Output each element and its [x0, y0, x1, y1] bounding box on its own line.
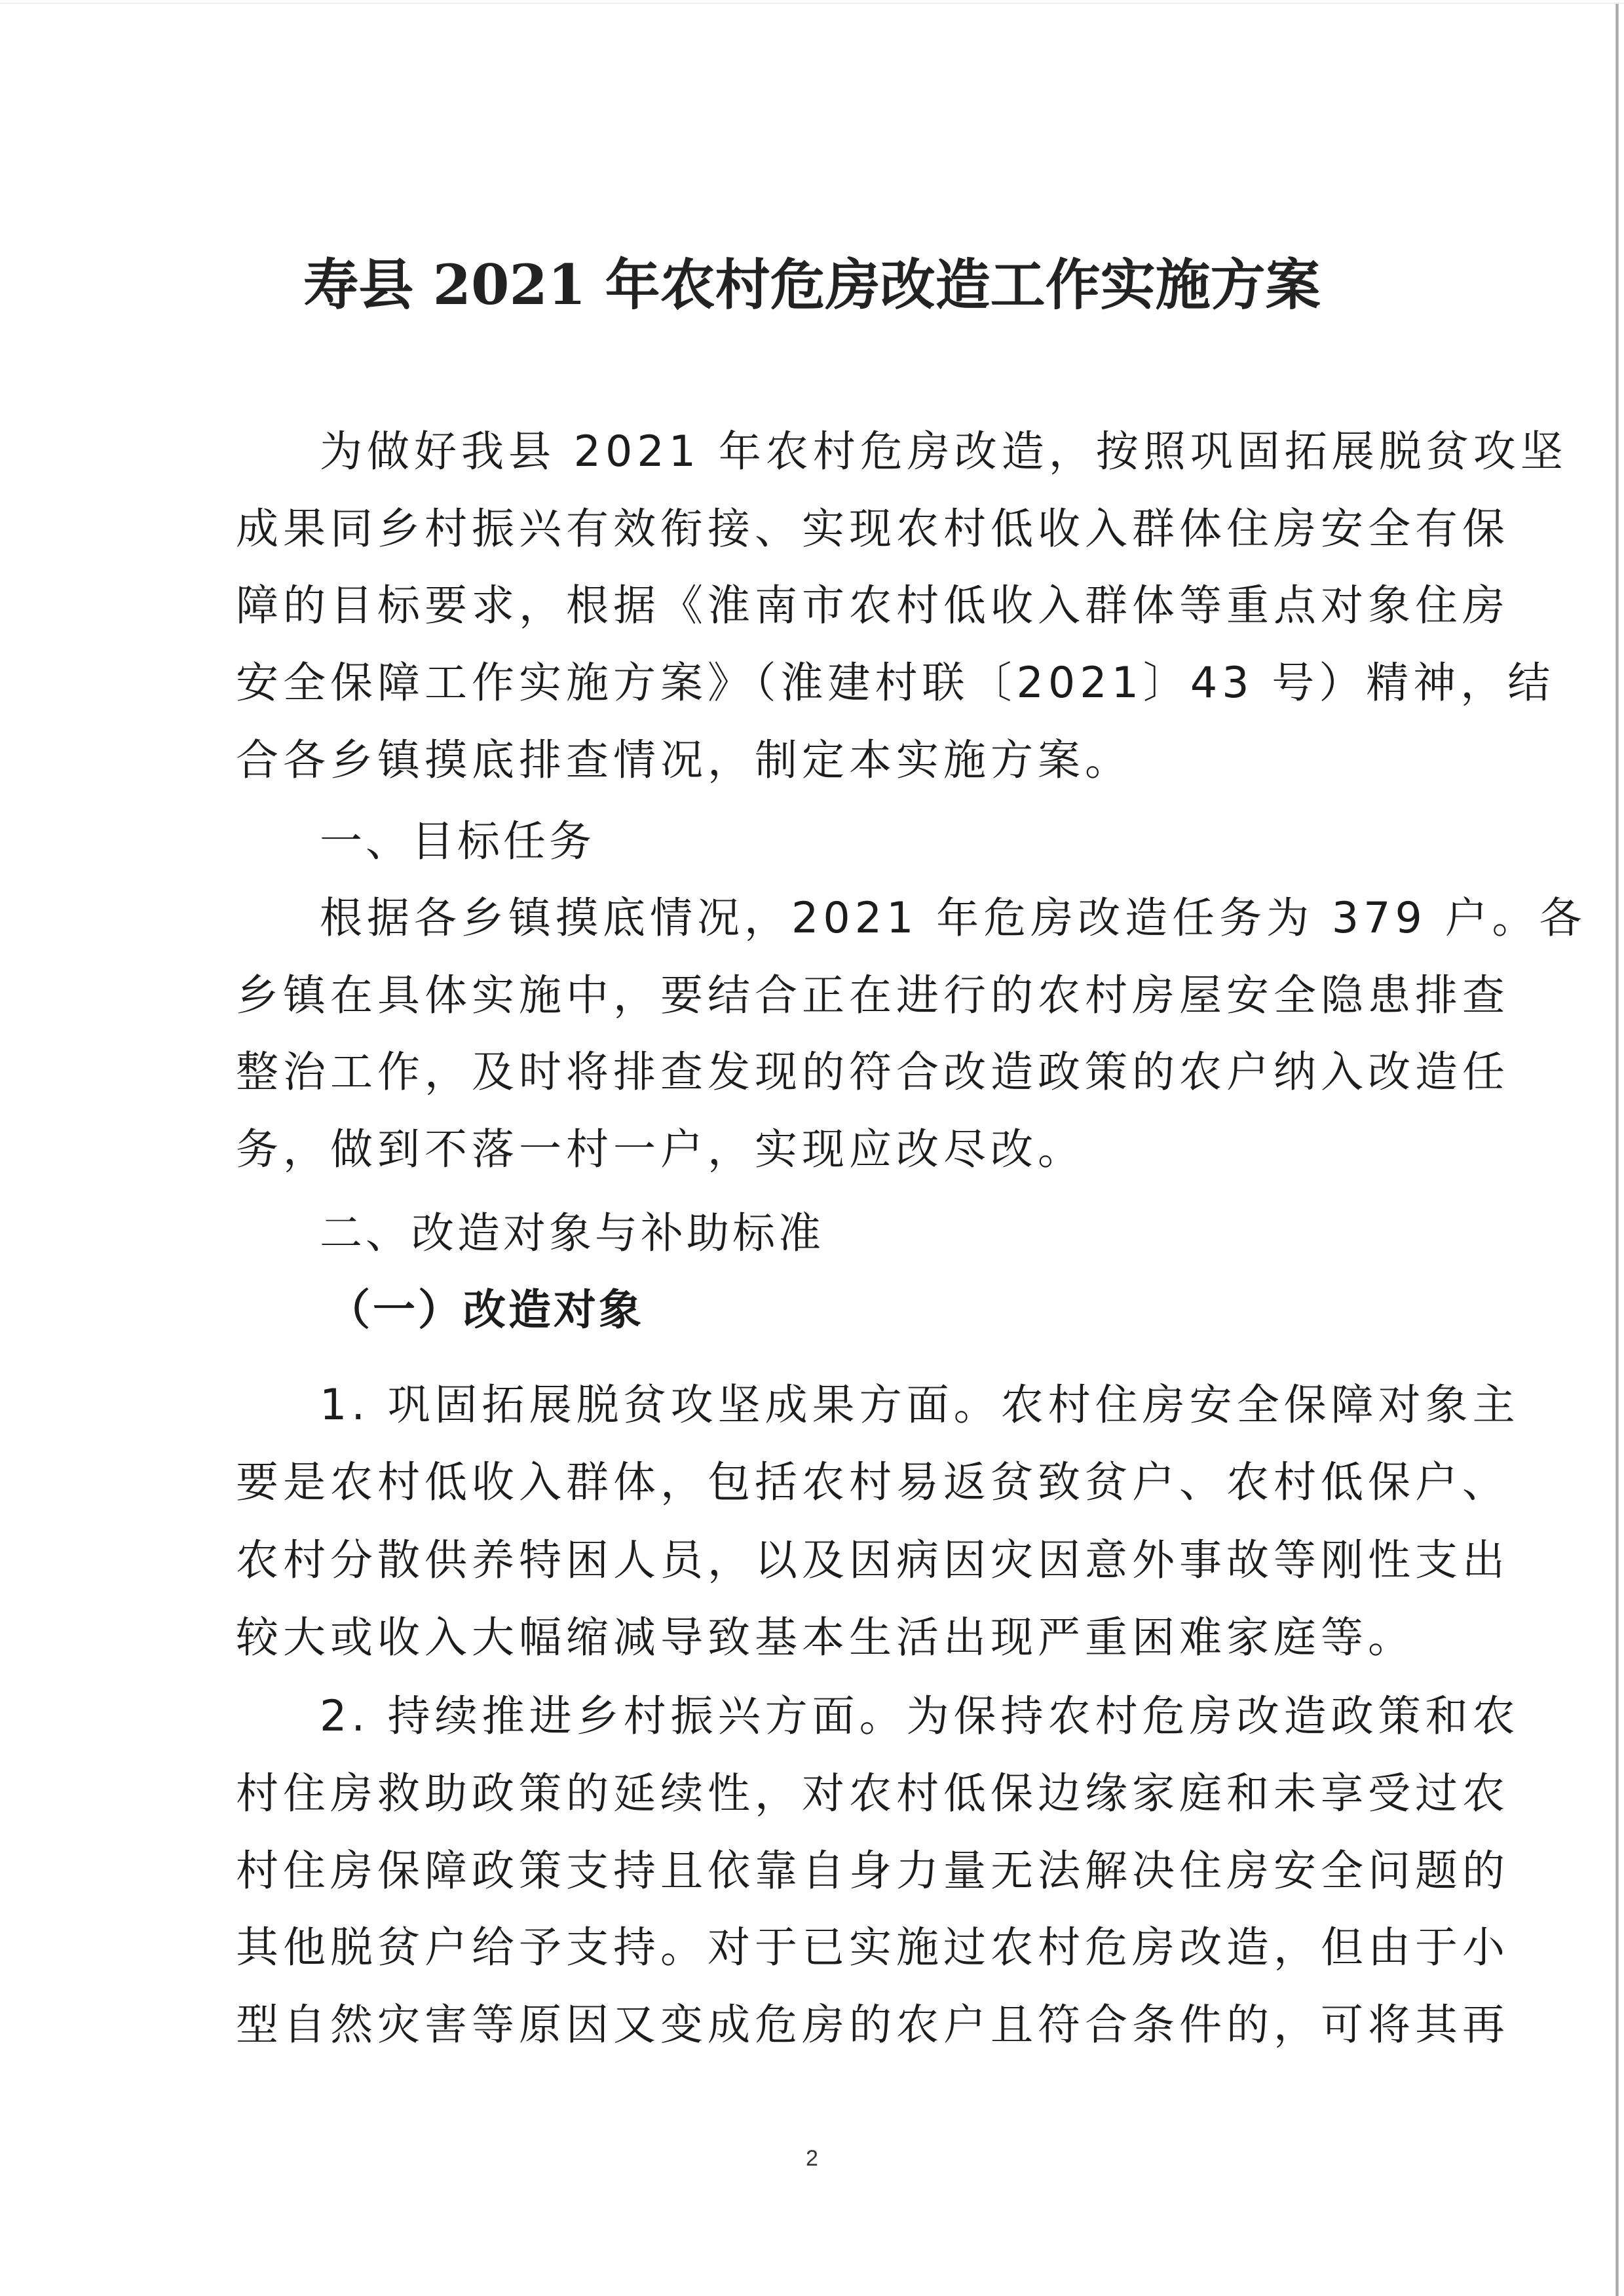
paragraph-line: 农村分散供养特困人员，以及因病因灾因意外事故等刚性支出 — [236, 1535, 1402, 1587]
paragraph-line: 较大或收入大幅缩减导致基本生活出现严重困难家庭等。 — [236, 1612, 1402, 1664]
document-title: 寿县 2021 年农村危房改造工作实施方案 — [0, 252, 1624, 318]
subsection-heading-targets: （一）改造对象 — [328, 1284, 644, 1336]
paragraph-line: 型自然灾害等原因又变成危房的农户且符合条件的，可将其再 — [236, 1999, 1402, 2052]
paragraph-line: 2. 持续推进乡村振兴方面。为保持农村危房改造政策和农 — [320, 1691, 1402, 1743]
paragraph-line: 为做好我县 2021 年农村危房改造，按照巩固拓展脱贫攻坚 — [320, 426, 1402, 478]
scan-edge-top — [0, 3, 1624, 4]
paragraph-line: 成果同乡村振兴有效衔接、实现农村低收入群体住房安全有保 — [236, 503, 1402, 556]
paragraph-line: 乡镇在具体实施中，要结合正在进行的农村房屋安全隐患排查 — [236, 970, 1402, 1022]
paragraph-line: 要是农村低收入群体，包括农村易返贫致贫户、农村低保户、 — [236, 1457, 1402, 1509]
paragraph-line: 村住房救助政策的延续性，对农村低保边缘家庭和未享受过农 — [236, 1768, 1402, 1820]
paragraph-line: 整治工作，及时将排查发现的符合改造政策的农户纳入改造任 — [236, 1046, 1402, 1099]
paragraph-line: 务，做到不落一村一户，实现应改尽改。 — [236, 1124, 1402, 1176]
paragraph-line: 合各乡镇摸底排查情况，制定本实施方案。 — [236, 735, 1402, 787]
paragraph-line: 1. 巩固拓展脱贫攻坚成果方面。农村住房安全保障对象主 — [320, 1379, 1402, 1432]
paragraph-line: 村住房保障政策支持且依靠自身力量无法解决住房安全问题的 — [236, 1845, 1402, 1898]
paragraph-line: 安全保障工作实施方案》（淮建村联〔2021〕43 号）精神，结 — [236, 657, 1402, 710]
paragraph-line: 障的目标要求，根据《淮南市农村低收入群体等重点对象住房 — [236, 580, 1402, 632]
scan-edge-right — [1615, 4, 1619, 2296]
page-number: 2 — [0, 2146, 1624, 2172]
section-heading-goals: 一、目标任务 — [320, 816, 595, 868]
paragraph-line: 根据各乡镇摸底情况，2021 年危房改造任务为 379 户。各 — [320, 892, 1402, 945]
section-heading-targets-and-subsidy: 二、改造对象与补助标准 — [320, 1208, 824, 1260]
paragraph-line: 其他脱贫户给予支持。对于已实施过农村危房改造，但由于小 — [236, 1922, 1402, 1974]
